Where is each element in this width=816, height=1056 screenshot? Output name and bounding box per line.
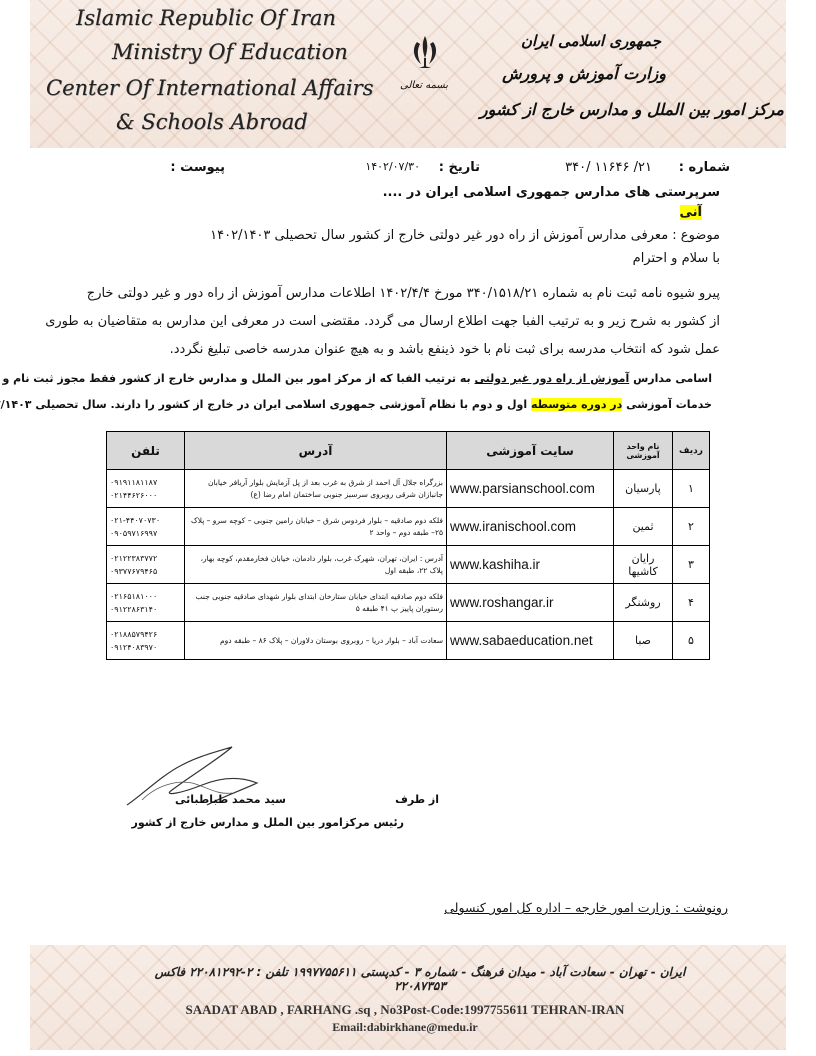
intro-text-underlined: آموزش از راه دور غیر دولتی	[475, 372, 630, 385]
from-label: از طرف	[395, 793, 439, 806]
col-header-phone: تلفن	[107, 432, 185, 470]
intro-text: خدمات آموزشی	[622, 398, 712, 411]
header-en-line-1: Islamic Republic Of Iran	[76, 6, 336, 30]
body-line-2: از کشور به شرح زیر و به ترتیب الفبا جهت …	[45, 314, 720, 329]
address: فلکه دوم صادقیه ابتدای خیابان ستارخان اب…	[185, 584, 447, 622]
website-link[interactable]: www.kashiha.ir	[447, 546, 614, 584]
header-en-line-4: & Schools Abroad	[116, 110, 308, 134]
unit-name: روشنگر	[614, 584, 673, 622]
table-row: ۳ رایان کاشیها www.kashiha.ir آدرس : ایر…	[107, 546, 710, 584]
intro-text: اسامی مدارس	[629, 372, 712, 385]
header-fa-line-1: جمهوری اسلامی ایران	[521, 32, 661, 50]
phone: ۰۲۱۲۲۳۸۳۷۷۲ ۰۹۳۷۷۶۷۹۴۶۵	[107, 546, 185, 584]
intro-text: به ترتیب الفبا که از مرکز امور بین الملل…	[0, 372, 475, 385]
date-value: ۱۴۰۲/۰۷/۳۰	[365, 160, 420, 173]
website-link[interactable]: www.iranischool.com	[447, 508, 614, 546]
table-row: ۱ پارسیان www.parsianschool.com بزرگراه …	[107, 470, 710, 508]
greeting-line: با سلام و احترام	[633, 251, 720, 266]
address: آدرس : ایران، تهران، شهرک غرب، بلوار داد…	[185, 546, 447, 584]
number-label: شماره :	[679, 160, 730, 175]
row-number: ۵	[673, 622, 710, 660]
address: فلکه دوم صادقیه – بلوار فردوس شرق – خیاب…	[185, 508, 447, 546]
phone: ۰۲۱-۴۴۰۷۰۷۳۰ ۰۹۰۵۹۷۱۶۹۹۷	[107, 508, 185, 546]
col-header-unit-name: نام واحد آموزشی	[614, 432, 673, 470]
row-number: ۱	[673, 470, 710, 508]
phone: ۰۲۱۸۸۵۷۹۴۲۶ ۰۹۱۲۴۰۸۳۹۷۰	[107, 622, 185, 660]
date-label: تاریخ :	[439, 160, 480, 175]
row-number: ۲	[673, 508, 710, 546]
letter-meta: شماره : ۲۱/ ۱۱۶۴۶ /۳۴۰ تاریخ : ۱۴۰۲/۰۷/۳…	[150, 160, 730, 182]
table-row: ۴ روشنگر www.roshangar.ir فلکه دوم صادقی…	[107, 584, 710, 622]
website-link[interactable]: www.parsianschool.com	[447, 470, 614, 508]
subject-line: موضوع : معرفی مدارس آموزش از راه دور غیر…	[210, 228, 720, 243]
header-en-line-3: Center Of International Affairs	[46, 76, 373, 100]
attachment-label: پیوست :	[170, 160, 225, 175]
body-line-3: عمل شود که انتخاب مدرسه برای ثبت نام با …	[170, 342, 720, 357]
footer-address-fa: ایران - تهران - سعادت آباد - میدان فرهنگ…	[150, 965, 690, 993]
col-header-address: آدرس	[185, 432, 447, 470]
iran-emblem-icon	[408, 32, 442, 72]
body-line-1: پیرو شیوه نامه ثبت نام به شماره ۳۴۰/۱۵۱۸…	[87, 286, 720, 301]
recipient-line: سرپرستی های مدارس جمهوری اسلامی ایران در…	[383, 185, 720, 200]
cc-line: رونوشت : وزارت امور خارجه – اداره کل امو…	[444, 900, 728, 915]
address: بزرگراه جلال آل احمد از شرق به غرب بعد ا…	[185, 470, 447, 508]
table-row: ۵ صبا www.sabaeducation.net سعادت آباد –…	[107, 622, 710, 660]
unit-name: پارسیان	[614, 470, 673, 508]
intro-text: اول و دوم با نظام آموزشی جمهوری اسلامی ا…	[0, 398, 531, 411]
unit-name: صبا	[614, 622, 673, 660]
unit-name: رایان کاشیها	[614, 546, 673, 584]
row-number: ۴	[673, 584, 710, 622]
footer-email: Email:dabirkhane@medu.ir	[150, 1020, 660, 1035]
urgency-badge: آنی	[680, 205, 703, 220]
number-value: ۲۱/ ۱۱۶۴۶ /۳۴۰	[565, 160, 652, 175]
header-fa-line-2: وزارت آموزش و پرورش	[502, 64, 666, 83]
website-link[interactable]: www.sabaeducation.net	[447, 622, 614, 660]
schools-intro-line-2: خدمات آموزشی در دوره متوسطه اول و دوم با…	[0, 398, 712, 411]
schools-table: ردیف نام واحد آموزشی سایت آموزشی آدرس تل…	[106, 431, 710, 660]
schools-intro-line-1: اسامی مدارس آموزش از راه دور غیر دولتی ب…	[0, 372, 712, 385]
phone: ۰۹۱۹۱۱۸۱۱۸۷ ۰۲۱۴۴۶۲۶۰۰۰	[107, 470, 185, 508]
signatory-title: رئیس مرکزامور بین الملل و مدارس خارج از …	[132, 816, 404, 829]
table-header-row: ردیف نام واحد آموزشی سایت آموزشی آدرس تل…	[107, 432, 710, 470]
website-link[interactable]: www.roshangar.ir	[447, 584, 614, 622]
header-fa-line-3: مرکز امور بین الملل و مدارس خارج از کشور	[480, 100, 784, 119]
header-en-line-2: Ministry Of Education	[112, 40, 348, 64]
intro-text-highlighted: در دوره متوسطه	[531, 398, 622, 411]
col-header-row-number: ردیف	[673, 432, 710, 470]
footer-address-en: SAADAT ABAD , FARHANG .sq , No3Post-Code…	[150, 1002, 660, 1018]
row-number: ۳	[673, 546, 710, 584]
address: سعادت آباد – بلوار دریا – روبروی بوستان …	[185, 622, 447, 660]
signatory-name: سید محمد طباطبائی	[175, 793, 286, 806]
table-row: ۲ ثمین www.iranischool.com فلکه دوم صادق…	[107, 508, 710, 546]
unit-name: ثمین	[614, 508, 673, 546]
bismillah: بسمه تعالی	[400, 80, 448, 91]
phone: ۰۲۱۶۵۱۸۱۰۰۰ ۰۹۱۲۲۸۶۳۱۴۰	[107, 584, 185, 622]
col-header-website: سایت آموزشی	[447, 432, 614, 470]
